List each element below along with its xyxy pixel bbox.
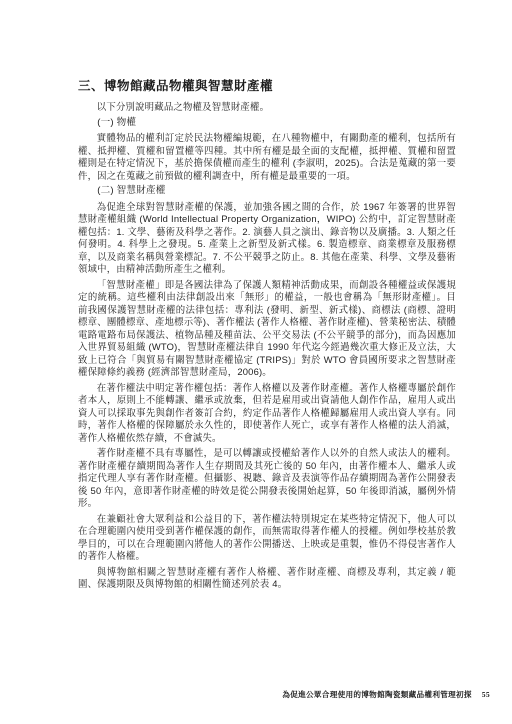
body-text: 以下分別說明藏品之物權及智慧財產權。 (一) 物權 實體物品的權利訂定於民法物權…: [78, 101, 456, 591]
intro-paragraph: 以下分別說明藏品之物權及智慧財產權。: [78, 101, 456, 114]
paragraph-ip-laws: 「智慧財產權」即是各國法律為了保護人類精神活動成果，而創設各種權益或保護規定的統…: [78, 279, 456, 379]
paragraph-wipo-definition: 為促進全球對智慧財產權的保護，並加強各國之間的合作，於 1967 年簽署的世界智…: [78, 201, 456, 276]
main-heading: 三、博物館藏品物權與智慧財產權: [78, 79, 456, 94]
running-title: 為促進公眾合理使用的博物館陶瓷類藏品權利管理初探: [282, 690, 471, 699]
paragraph-museum-relevance: 與博物館相關之智慧財產權有著作人格權、著作財產權、商標及專利，其定義 / 範圍、…: [78, 566, 456, 591]
page-content: 三、博物館藏品物權與智慧財產權 以下分別說明藏品之物權及智慧財產權。 (一) 物…: [78, 79, 456, 594]
paragraph-fair-use: 在兼顧社會大眾利益和公益目的下，著作權法特別規定在某些特定情況下，他人可以在合理…: [78, 513, 456, 563]
page-footer: 為促進公眾合理使用的博物館陶瓷類藏品權利管理初探55: [282, 689, 490, 700]
subsection-label-property-rights: (一) 物權: [78, 117, 456, 130]
document-page: 三、博物館藏品物權與智慧財產權 以下分別說明藏品之物權及智慧財產權。 (一) 物…: [0, 0, 512, 724]
page-number: 55: [482, 690, 490, 699]
subsection-label-intellectual-property: (二) 智慧財產權: [78, 185, 456, 198]
paragraph-property-rights: 實體物品的權利訂定於民法物權編規範，在八種物權中，有關動產的權利，包括所有權、抵…: [78, 132, 456, 182]
paragraph-economic-rights: 著作財產權不具有專屬性，是可以轉讓或授權給著作人以外的自然人或法人的權利。著作財…: [78, 447, 456, 510]
paragraph-moral-rights: 在著作權法中明定著作權包括：著作人格權以及著作財產權。著作人格權專屬於創作者本人…: [78, 382, 456, 445]
